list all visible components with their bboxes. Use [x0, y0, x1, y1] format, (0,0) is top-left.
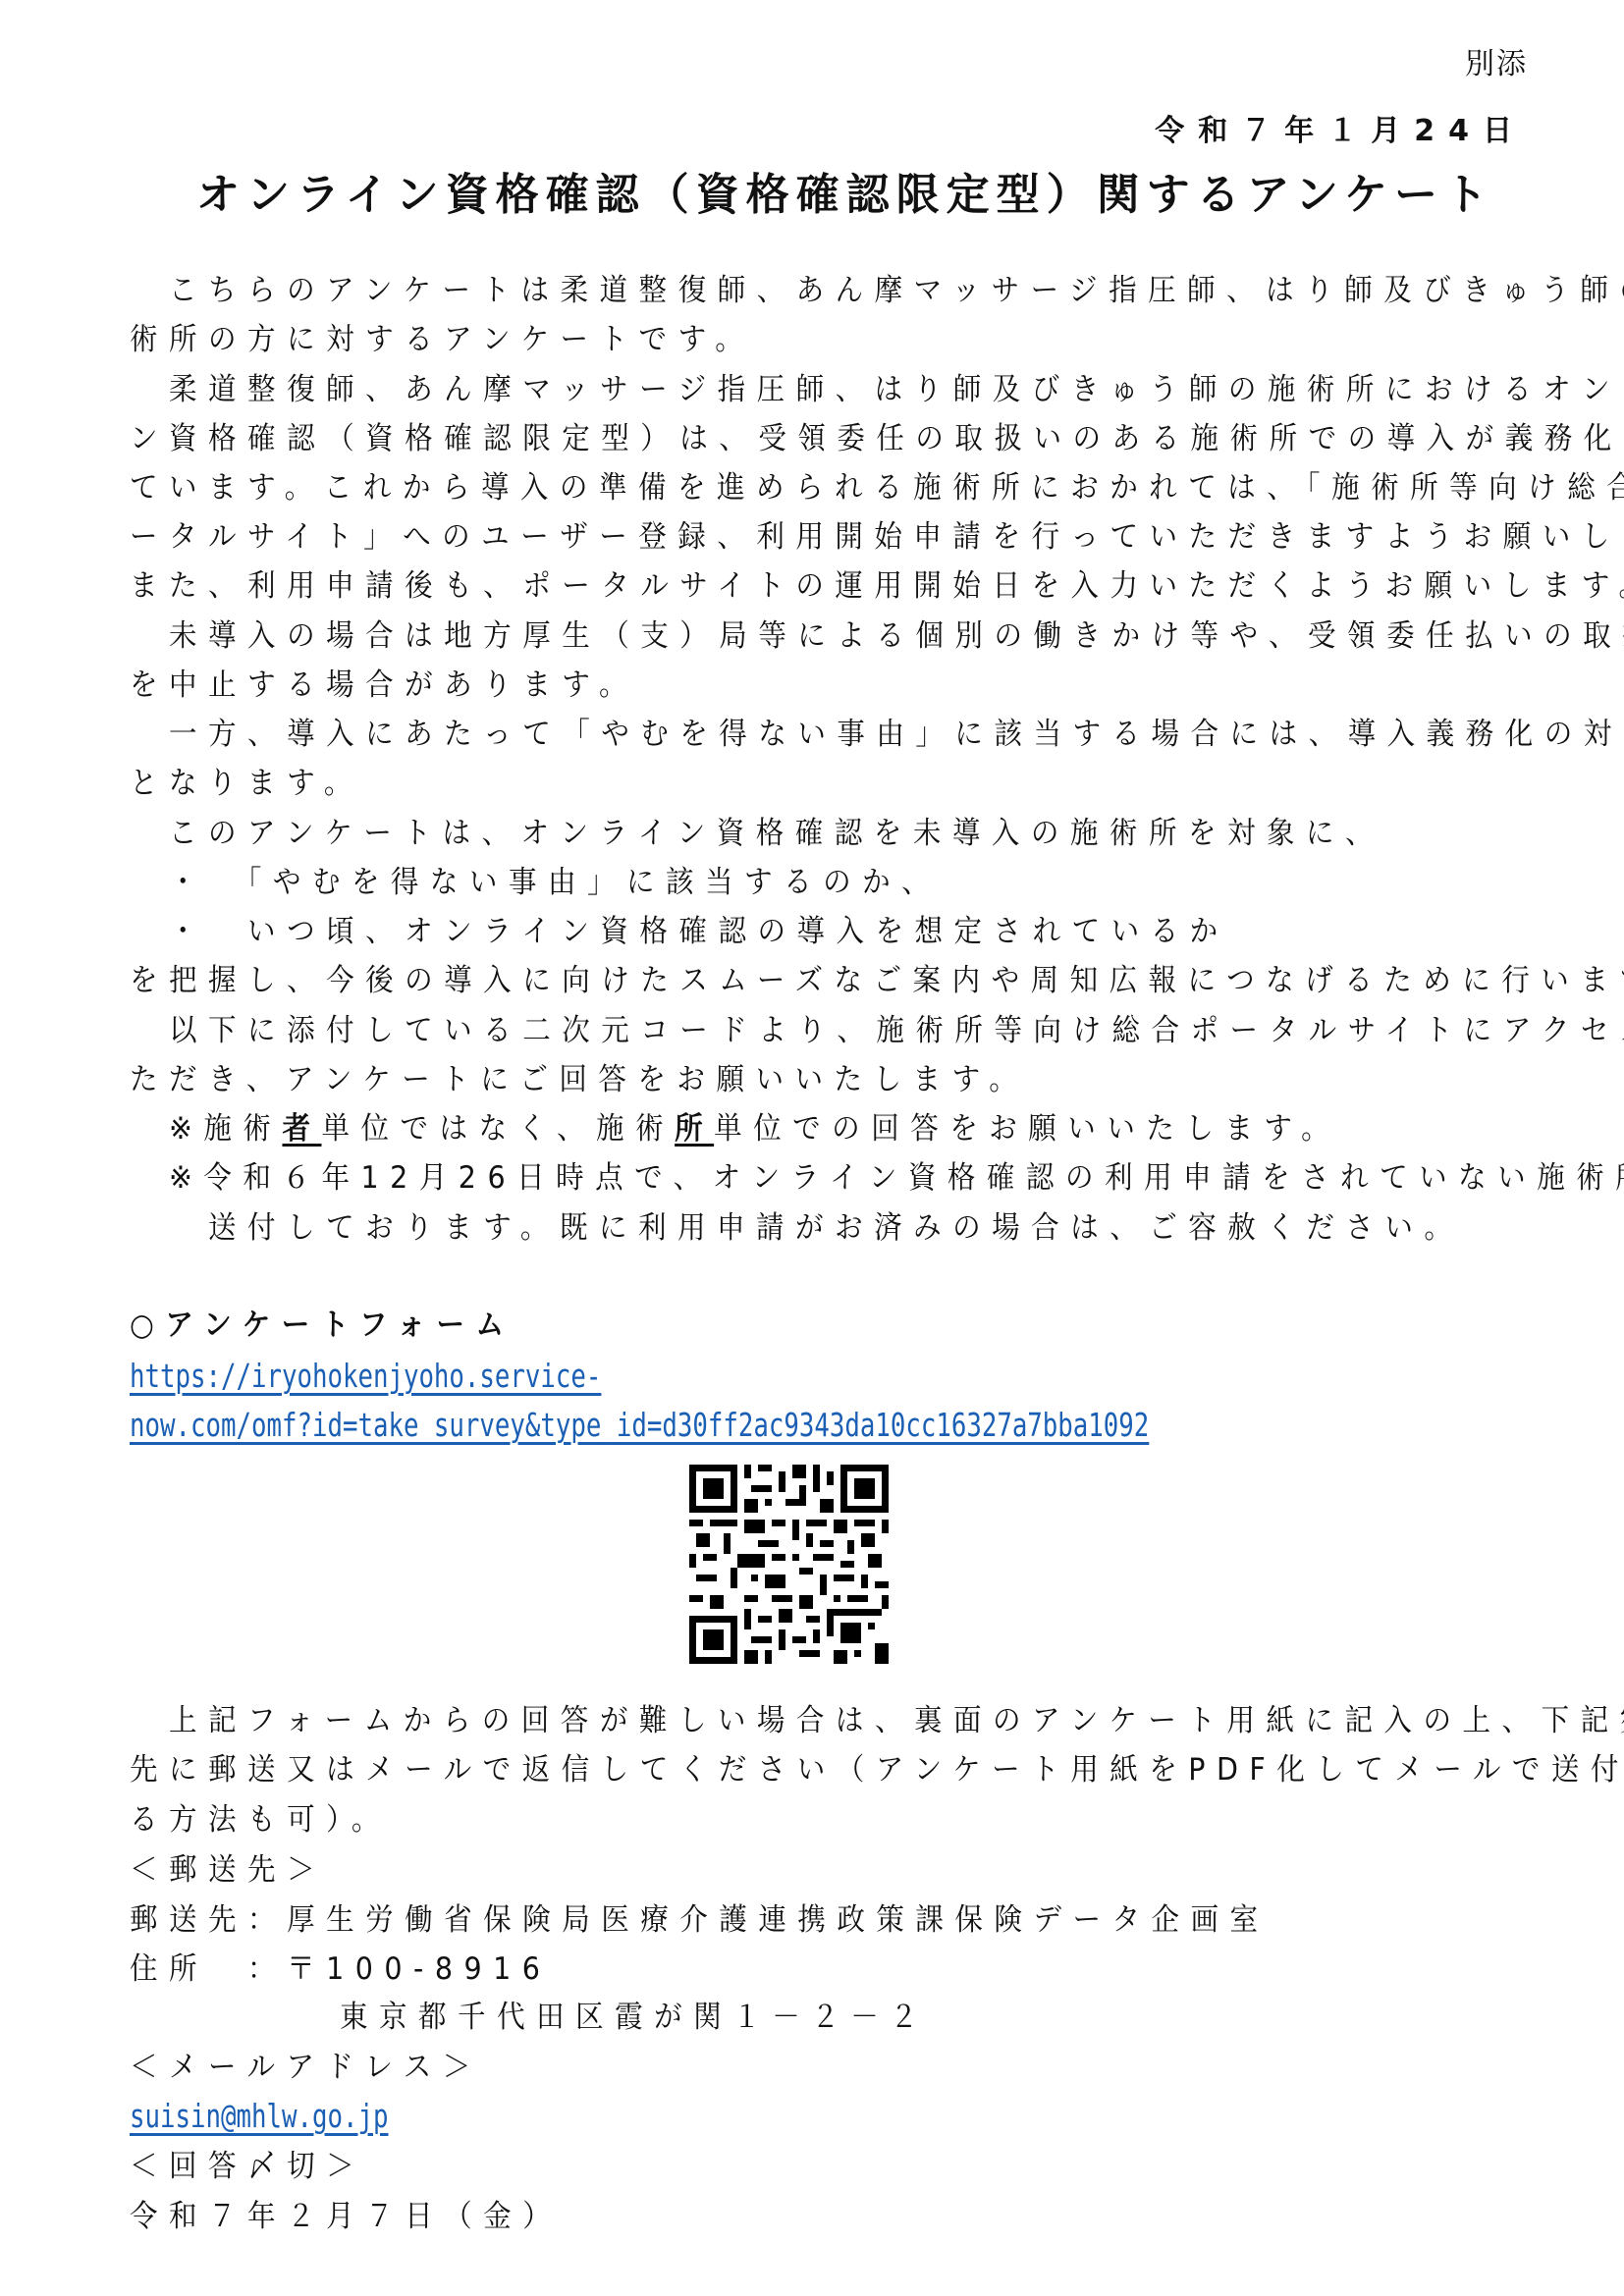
body-line: ン資格確認（資格確認限定型）は、受領委任の取扱いのある施術所での導入が義務化され	[130, 419, 1624, 458]
survey-url-link-cont[interactable]: now.com/omf?id=take_survey&type_id=d30ff…	[130, 1406, 1149, 1445]
body-line: 以下に添付している二次元コードより、施術所等向け総合ポータルサイトにアクセスい	[130, 1011, 1624, 1050]
note-date: ※令和６年12月26日時点で、オンライン資格確認の利用申請をされていない施術所に	[130, 1158, 1624, 1198]
street-address: 東京都千代田区霞が関１－２－２	[340, 1998, 929, 2037]
contact-intro: 先に郵送又はメールで返信してください（アンケート用紙をPDF化してメールで送付す	[130, 1750, 1624, 1789]
body-line: ています。これから導入の準備を進められる施術所におかれては、「施術所等向け総合ポ	[130, 468, 1624, 507]
body-line: こちらのアンケートは柔道整復師、あん摩マッサージ指圧師、はり師及びきゅう師の施	[130, 271, 1624, 310]
email-link[interactable]: suisin@mhlw.go.jp	[130, 2097, 388, 2136]
contact-intro: る方法も可）。	[130, 1800, 391, 1840]
body-line: このアンケートは、オンライン資格確認を未導入の施術所を対象に、	[130, 814, 1384, 853]
body-line: を把握し、今後の導入に向けたスムーズなご案内や周知広報につなげるために行います。	[130, 961, 1624, 1000]
attachment-label: 別添	[1465, 39, 1528, 82]
deadline-heading: ＜回答〆切＞	[130, 2147, 365, 2186]
emphasis-practitioner: 者	[282, 1111, 321, 1147]
body-line: を中止する場合があります。	[130, 666, 638, 705]
note-unit: ※施術者単位ではなく、施術所単位での回答をお願いいたします。	[130, 1109, 1340, 1148]
mail-heading: ＜郵送先＞	[130, 1850, 326, 1890]
body-line: また、利用申請後も、ポータルサイトの運用開始日を入力いただくようお願いします。	[130, 566, 1624, 606]
bullet-item: ・ 「やむを得ない事由」に該当するのか、	[130, 863, 941, 902]
deadline-date: 令和７年２月７日（金）	[130, 2197, 562, 2236]
bullet-item: ・ いつ頃、オンライン資格確認の導入を想定されているか	[130, 912, 1229, 951]
contact-intro: 上記フォームからの回答が難しい場合は、裏面のアンケート用紙に記入の上、下記宛	[130, 1701, 1624, 1740]
note-date-cont: 送付しております。既に利用申請がお済みの場合は、ご容赦ください。	[130, 1208, 1463, 1248]
body-line: 術所の方に対するアンケートです。	[130, 320, 754, 359]
body-line: 一方、導入にあたって「やむを得ない事由」に該当する場合には、導入義務化の対象外	[130, 715, 1624, 754]
note-mid: 単位ではなく、施術	[321, 1111, 675, 1147]
body-line: 未導入の場合は地方厚生（支）局等による個別の働きかけ等や、受領委任払いの取扱い	[130, 616, 1624, 656]
note-suffix: 単位での回答をお願いいたします。	[714, 1111, 1340, 1147]
document-date: 令和７年１月24日	[1155, 106, 1526, 149]
page-title: オンライン資格確認（資格確認限定型）関するアンケート	[196, 159, 1494, 222]
note-prefix: ※施術	[130, 1111, 282, 1147]
emphasis-facility: 所	[675, 1111, 714, 1147]
body-line: ータルサイト」へのユーザー登録、利用開始申請を行っていただきますようお願いします…	[130, 517, 1624, 557]
email-heading: ＜メールアドレス＞	[130, 2048, 482, 2087]
body-line: ただき、アンケートにご回答をお願いいたします。	[130, 1060, 1028, 1099]
postal-code: 住所 ：〒100-8916	[130, 1949, 551, 1989]
mail-recipient: 郵送先：厚生労働省保険局医療介護連携政策課保険データ企画室	[130, 1900, 1270, 1940]
form-heading: ○アンケートフォーム	[130, 1306, 515, 1345]
survey-url-link[interactable]: https://iryohokenjyoho.service-	[130, 1357, 601, 1396]
body-line: となります。	[130, 764, 363, 803]
qr-code-icon	[689, 1465, 889, 1664]
body-line: 柔道整復師、あん摩マッサージ指圧師、はり師及びきゅう師の施術所におけるオンライ	[130, 370, 1624, 409]
